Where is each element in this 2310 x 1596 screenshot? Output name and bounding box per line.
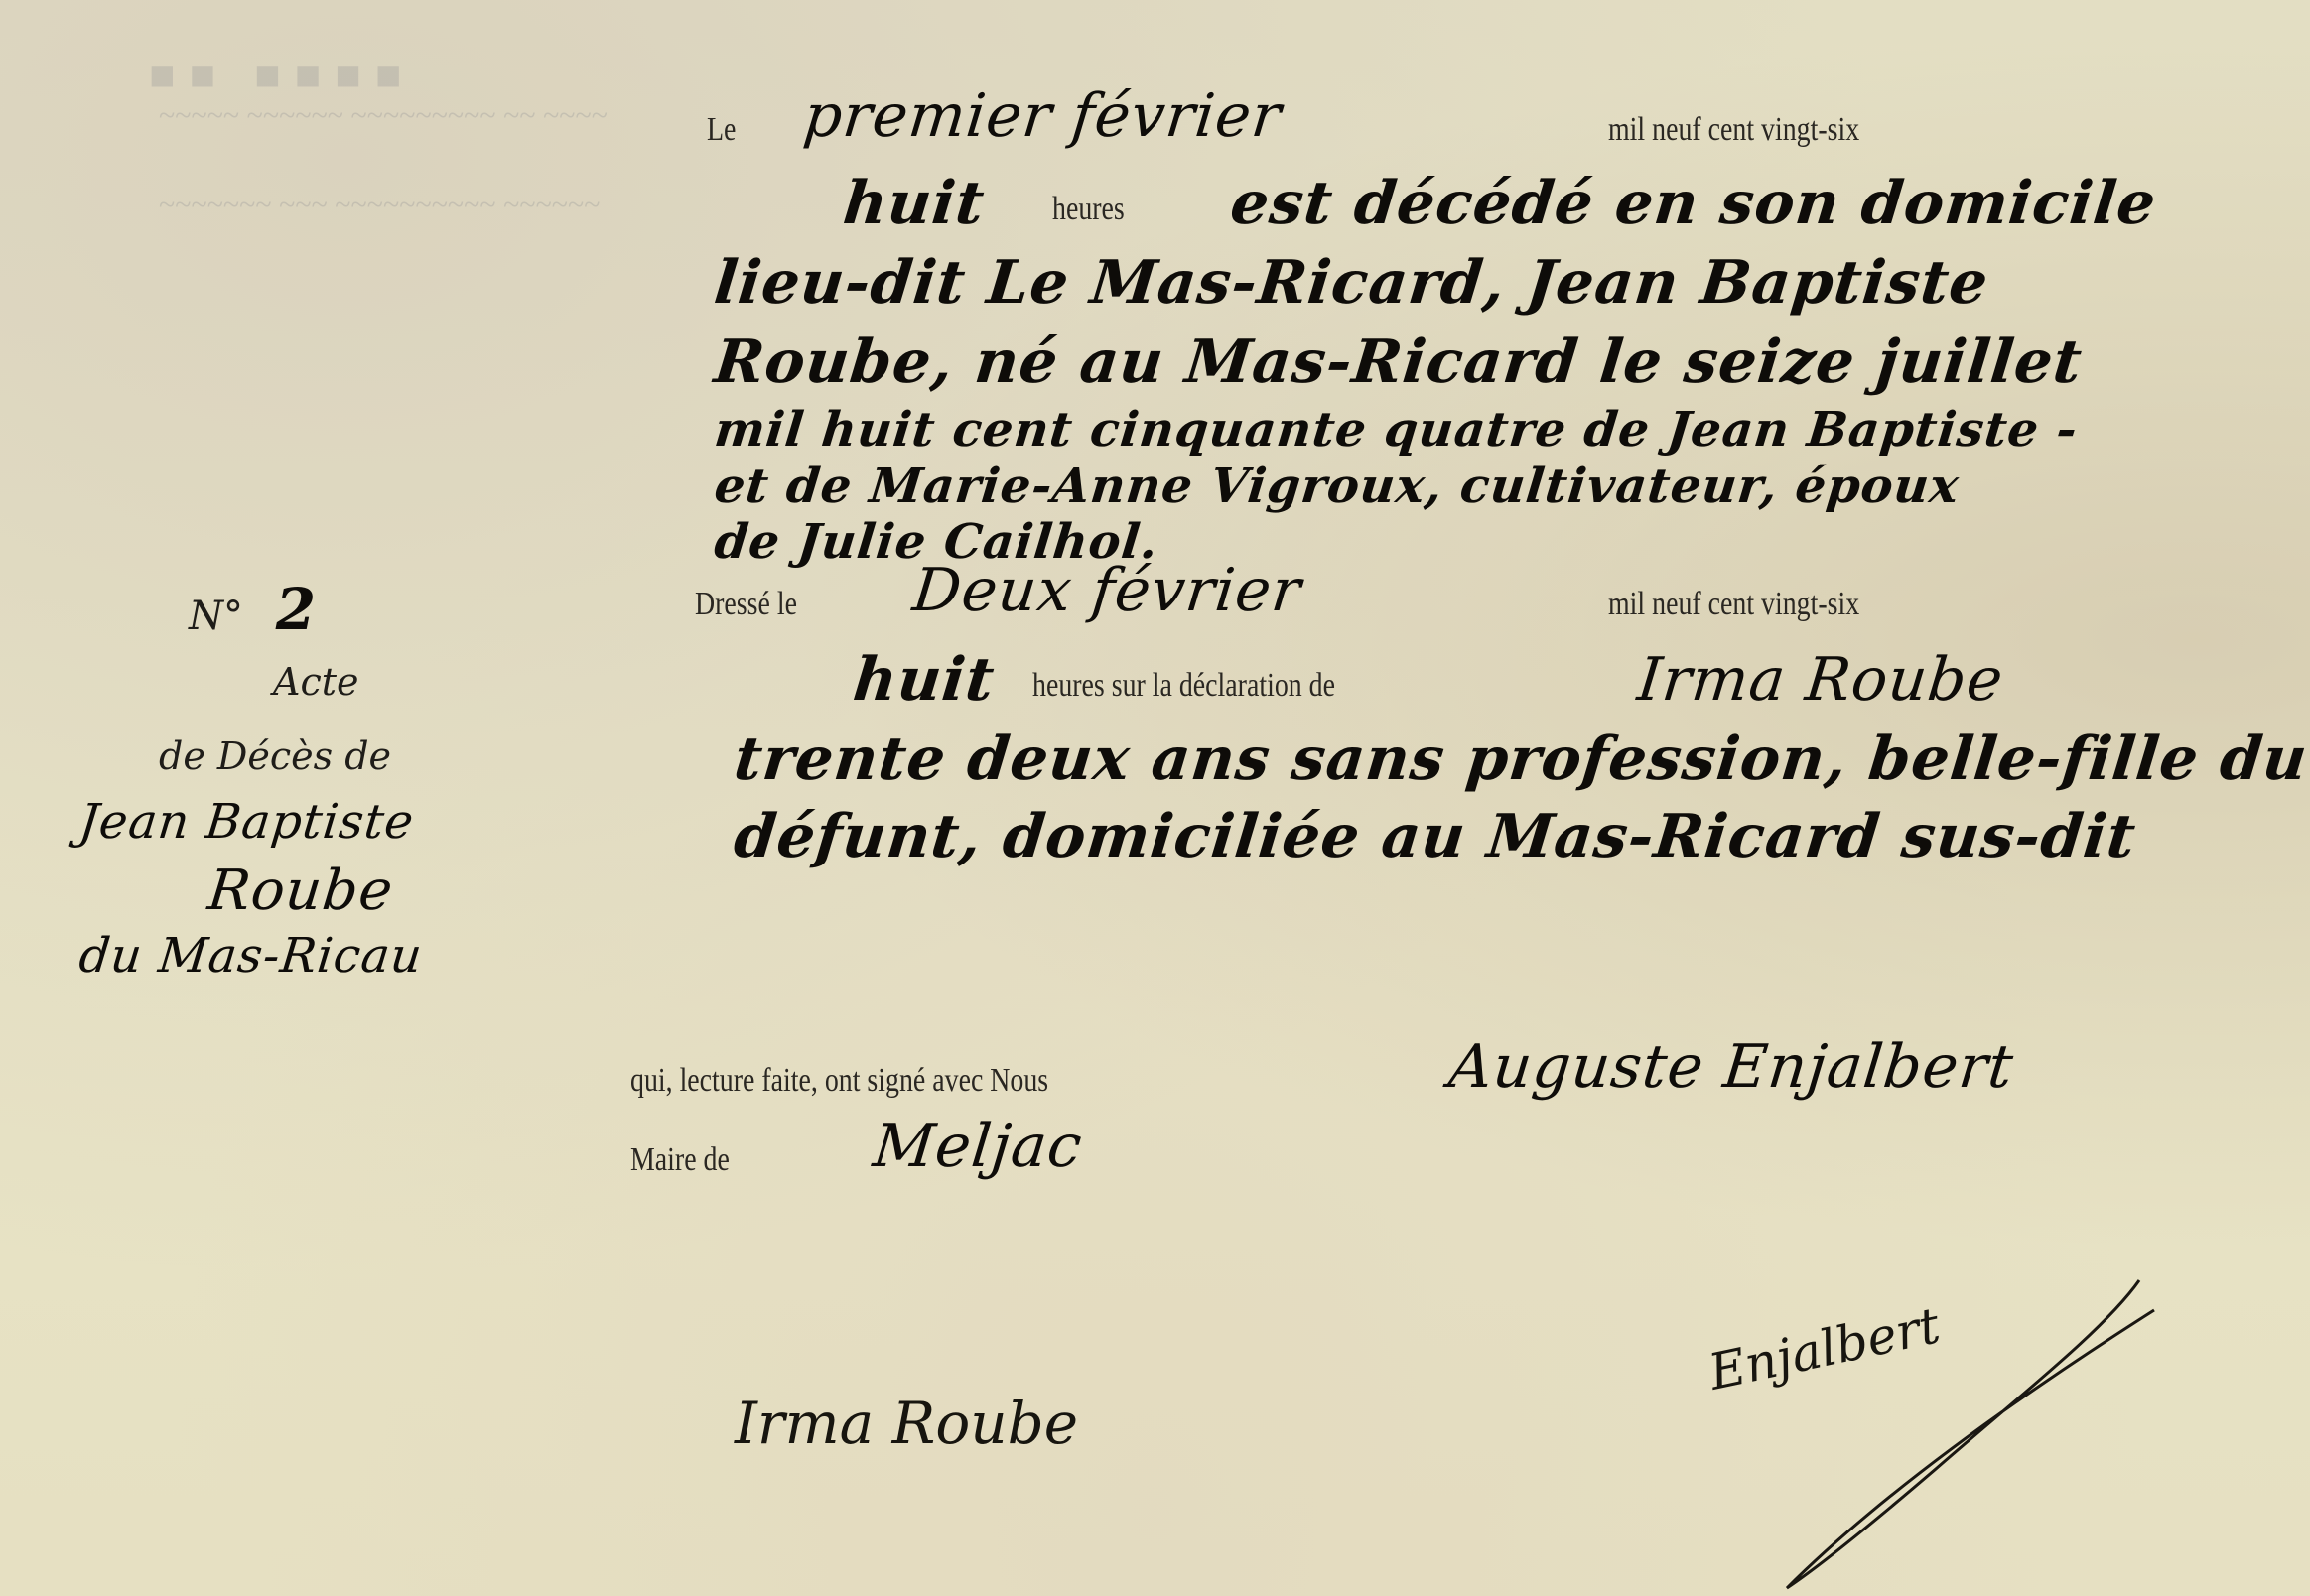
bleed-through-stamp: ■■ ■■■■ <box>149 50 415 100</box>
declarant-signature: Irma Roube <box>735 1390 1078 1457</box>
death-line-1: est décédé en son domicile <box>1227 169 2159 238</box>
dresse-label: Dressé le <box>695 586 797 623</box>
signed-label: qui, lecture faite, ont signé avec Nous <box>630 1062 1048 1100</box>
death-heures-label: heures <box>1052 191 1125 228</box>
le-label: Le <box>707 111 736 149</box>
declarant-name: Irma Roube <box>1634 645 2006 715</box>
number-label: N° <box>189 594 243 639</box>
number-value: 2 <box>276 576 317 643</box>
death-hour: huit <box>840 169 988 238</box>
signature-flourish-icon <box>1638 1270 2194 1596</box>
drawn-date: Deux février <box>909 556 1304 625</box>
death-year: mil neuf cent vingt-six <box>1608 111 1859 149</box>
mayor-name: Auguste Enjalbert <box>1445 1032 2017 1102</box>
de-deces-label: de Décès de <box>159 734 391 778</box>
acte-label: Acte <box>273 660 358 704</box>
death-certificate-page: ■■ ■■■■ ~~~~~ ~~~~~~ ~~~~~~~~~ ~~ ~~~~ ~… <box>0 0 2310 1596</box>
drawn-line-1: trente deux ans sans profession, belle-f… <box>731 725 2310 794</box>
margin-name-last: Roube <box>205 859 397 923</box>
drawn-year: mil neuf cent vingt-six <box>1608 586 1859 623</box>
death-line-2: lieu-dit Le Mas-Ricard, Jean Baptiste <box>711 248 1991 318</box>
bleed-through-text: ~~~~~~~ ~~~ ~~~~~~~~~~ ~~~~~~ <box>159 189 601 222</box>
margin-name-first: Jean Baptiste <box>76 794 417 850</box>
record-number: N° 2 <box>189 576 317 643</box>
commune-name: Meljac <box>870 1112 1085 1181</box>
death-line-3: Roube, né au Mas-Ricard le seize juillet <box>711 328 2086 397</box>
death-line-5: et de Marie-Anne Vigroux, cultivateur, é… <box>712 459 1962 514</box>
bleed-through-text: ~~~~~ ~~~~~~ ~~~~~~~~~ ~~ ~~~~ <box>159 99 608 133</box>
maire-label: Maire de <box>630 1141 730 1179</box>
margin-place: du Mas-Ricau <box>76 928 425 984</box>
declaration-label: heures sur la déclaration de <box>1032 667 1335 705</box>
drawn-line-2: défunt, domiciliée au Mas-Ricard sus-dit <box>731 802 2139 871</box>
death-date: premier février <box>800 81 1285 151</box>
drawn-hour: huit <box>850 645 998 715</box>
death-line-4: mil huit cent cinquante quatre de Jean B… <box>712 402 2081 458</box>
